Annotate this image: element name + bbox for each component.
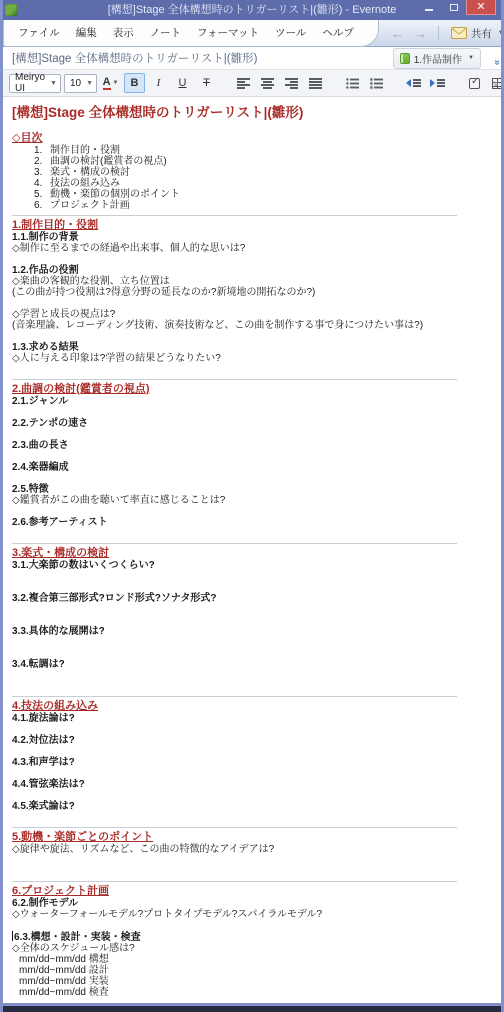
font-color-button[interactable]: A ▼ xyxy=(100,73,121,93)
subsection-heading: 6.2.制作モデル xyxy=(12,898,493,909)
chevron-down-icon: ▼ xyxy=(498,30,504,36)
toc-item: 4.技法の組み込み xyxy=(12,178,493,189)
subsection-heading: 4.5.楽式論は? xyxy=(12,801,493,812)
chevron-down-icon: ▼ xyxy=(45,80,57,87)
menu-item-note[interactable]: ノート xyxy=(142,21,189,46)
schedule-line: mm/dd~mm/dd 設計 xyxy=(12,965,493,976)
font-size-value: 10 xyxy=(70,78,81,89)
subsection-heading: 1.3.求める結果 xyxy=(12,342,493,353)
schedule-line: mm/dd~mm/dd 構想 xyxy=(12,954,493,965)
blank-line xyxy=(12,746,493,757)
outdent-button[interactable] xyxy=(403,73,424,93)
align-center-button[interactable] xyxy=(257,73,278,93)
blank-line xyxy=(12,254,493,265)
minimize-button[interactable] xyxy=(416,0,441,15)
blank-line xyxy=(12,298,493,309)
section-heading: 5.動機・楽節ごとのポイント xyxy=(12,831,493,844)
blank-line xyxy=(12,812,493,823)
blank-line xyxy=(12,681,493,692)
blank-line xyxy=(12,855,493,866)
subsection-heading: 4.2.対位法は? xyxy=(12,735,493,746)
toc-item: 3.楽式・構成の検討 xyxy=(12,167,493,178)
blank-line xyxy=(12,473,493,484)
body-text: (音楽理論、レコーディング技術、演奏技術など、この曲を制作する事で身につけたい事… xyxy=(12,320,493,331)
chevron-down-icon: ▼ xyxy=(468,55,474,61)
note-body-title: [構想]Stage 全体構想時のトリガーリスト|(雛形) xyxy=(12,104,493,121)
blank-line xyxy=(12,637,493,648)
toc-item: 1.制作目的・役割 xyxy=(12,145,493,156)
font-size-select[interactable]: 10 ▼ xyxy=(64,74,97,93)
menu-item-tools[interactable]: ツール xyxy=(267,21,314,46)
divider xyxy=(12,543,457,544)
underline-button[interactable]: U xyxy=(172,73,193,93)
envelope-icon xyxy=(451,27,467,39)
notebook-selector[interactable]: 1.作品制作 ▼ xyxy=(393,48,481,69)
font-family-value: Meiryo UI xyxy=(15,72,45,94)
font-color-icon: A xyxy=(103,77,111,90)
toc-item-number: 3. xyxy=(34,167,50,178)
body-text: ◇ウォーターフォールモデル?プロトタイプモデル?スパイラルモデル? xyxy=(12,909,493,920)
divider xyxy=(12,696,457,697)
bullet-list-icon xyxy=(346,78,359,89)
section-heading: ◇目次 xyxy=(12,132,493,145)
body-text: ◇学習と成長の視点は? xyxy=(12,309,493,320)
blank-line xyxy=(12,790,493,801)
toolbar-overflow-icon[interactable]: » xyxy=(491,81,502,85)
blank-line xyxy=(12,615,493,626)
toc-item: 5.動機・楽節の個別のポイント xyxy=(12,189,493,200)
share-label: 共有 xyxy=(471,26,492,41)
numbered-list-icon xyxy=(370,78,383,89)
schedule-line: mm/dd~mm/dd 実装 xyxy=(12,976,493,987)
align-left-icon xyxy=(237,78,250,89)
notebook-icon xyxy=(400,53,410,64)
blank-line xyxy=(12,331,493,342)
note-title-field[interactable]: [構想]Stage 全体構想時のトリガーリスト|(雛形) xyxy=(12,50,257,66)
text-caret xyxy=(12,931,13,941)
subsection-heading: 1.1.制作の背景 xyxy=(12,232,493,243)
divider xyxy=(12,881,457,882)
subsection-heading: 4.3.和声学は? xyxy=(12,757,493,768)
subsection-heading: 2.1.ジャンル xyxy=(12,396,493,407)
align-justify-button[interactable] xyxy=(305,73,326,93)
toc-item: 6.プロジェクト計画 xyxy=(12,200,493,211)
share-button[interactable]: 共有 ▼ xyxy=(446,24,504,43)
blank-line xyxy=(12,528,493,539)
body-text: ◇人に与える印象は?学習の結果どうなりたい? xyxy=(12,353,493,364)
font-family-select[interactable]: Meiryo UI ▼ xyxy=(9,74,61,93)
italic-button[interactable]: I xyxy=(148,73,169,93)
body-text: ◇全体のスケジュール感は? xyxy=(12,943,493,954)
body-text: ◇制作に至るまでの経過や出来事、個人的な思いは? xyxy=(12,243,493,254)
strikethrough-button[interactable]: T xyxy=(196,73,217,93)
align-right-icon xyxy=(285,78,298,89)
blank-line xyxy=(12,407,493,418)
blank-line xyxy=(12,571,493,582)
toc-item-number: 2. xyxy=(34,156,50,167)
toc-item-number: 5. xyxy=(34,189,50,200)
subsection-heading: 4.4.管弦楽法は? xyxy=(12,779,493,790)
checkbox-button[interactable] xyxy=(464,73,485,93)
section-heading: 1.制作目的・役割 xyxy=(12,219,493,232)
note-header: [構想]Stage 全体構想時のトリガーリスト|(雛形) 1.作品制作 ▼ » xyxy=(3,47,501,70)
body-text: ◇楽曲の客観的な役割、立ち位置は xyxy=(12,276,493,287)
outdent-icon xyxy=(406,79,421,88)
close-button[interactable]: ✕ xyxy=(466,0,496,15)
blank-line xyxy=(12,604,493,615)
section-heading: 2.曲調の検討(鑑賞者の視点) xyxy=(12,383,493,396)
align-center-icon xyxy=(261,78,274,89)
back-button[interactable]: ← xyxy=(387,26,408,41)
formatting-toolbar: Meiryo UI ▼ 10 ▼ A ▼ B I U T xyxy=(3,70,501,97)
toc-item-number: 6. xyxy=(34,200,50,211)
blank-line xyxy=(12,866,493,877)
blank-line xyxy=(12,582,493,593)
maximize-button[interactable] xyxy=(441,0,466,15)
align-right-button[interactable] xyxy=(281,73,302,93)
subsection-heading: 3.4.転調は? xyxy=(12,659,493,670)
divider xyxy=(12,827,457,828)
blank-line xyxy=(12,724,493,735)
checkbox-icon xyxy=(469,78,480,89)
section-heading: 6.プロジェクト計画 xyxy=(12,885,493,898)
blank-line xyxy=(12,121,493,132)
blank-line xyxy=(12,648,493,659)
menu-bar: ファイル 編集 表示 ノート フォーマット ツール ヘルプ xyxy=(3,20,379,47)
menu-row: ファイル 編集 表示 ノート フォーマット ツール ヘルプ ← → 共有 ▼ xyxy=(3,20,501,47)
subsection-heading: 2.2.テンポの速さ xyxy=(12,418,493,429)
body-text: ◇旋律や旋法、リズムなど、この曲の特徴的なアイデアは? xyxy=(12,844,493,855)
blank-line xyxy=(12,451,493,462)
subsection-heading: 3.2.複合第三部形式?ロンド形式?ソナタ形式? xyxy=(12,593,493,604)
align-left-button[interactable] xyxy=(233,73,254,93)
subsection-heading: 6.3.構想・設計・実装・検査 xyxy=(12,931,493,943)
subsection-heading: 4.1.旋法論は? xyxy=(12,713,493,724)
body-text: (この曲が持つ役割は?得意分野の延長なのか?新境地の開拓なのか?) xyxy=(12,287,493,298)
chevron-down-icon: ▼ xyxy=(81,80,93,87)
toc-item-number: 4. xyxy=(34,178,50,189)
subsection-heading: 1.2.作品の役割 xyxy=(12,265,493,276)
toc-item-number: 1. xyxy=(34,145,50,156)
toc-item: 2.曲調の検討(鑑賞者の視点) xyxy=(12,156,493,167)
blank-line xyxy=(12,768,493,779)
section-heading: 3.楽式・構成の検討 xyxy=(12,547,493,560)
subsection-heading: 2.4.楽器編成 xyxy=(12,462,493,473)
subsection-heading: 2.3.曲の長さ xyxy=(12,440,493,451)
numbered-list-button[interactable] xyxy=(366,73,387,93)
indent-icon xyxy=(430,79,445,88)
blank-line xyxy=(12,670,493,681)
menu-item-format[interactable]: フォーマット xyxy=(189,21,267,46)
separator xyxy=(438,26,439,41)
subsection-heading: 2.5.特徴 xyxy=(12,484,493,495)
indent-button[interactable] xyxy=(427,73,448,93)
divider xyxy=(12,215,457,216)
section-heading: 4.技法の組み込み xyxy=(12,700,493,713)
schedule-line: mm/dd~mm/dd 検査 xyxy=(12,987,493,998)
notebook-name: 1.作品制作 xyxy=(414,51,462,66)
window-bottom-edge xyxy=(0,1003,504,1012)
subsection-heading: 2.6.参考アーティスト xyxy=(12,517,493,528)
subsection-heading: 3.3.具体的な展開は? xyxy=(12,626,493,637)
titlebar: [構想]Stage 全体構想時のトリガーリスト|(雛形) - Evernote … xyxy=(0,0,504,20)
menu-item-help[interactable]: ヘルプ xyxy=(314,21,362,46)
panel-collapse-icon[interactable]: » xyxy=(492,60,503,64)
divider xyxy=(12,379,457,380)
blank-line xyxy=(12,429,493,440)
window-controls: ✕ xyxy=(416,0,504,20)
menu-item-file[interactable]: ファイル xyxy=(10,21,68,46)
subsection-heading: 3.1.大楽節の数はいくつくらい? xyxy=(12,560,493,571)
quick-actions: ← → 共有 ▼ 印刷 xyxy=(379,20,504,46)
chevron-down-icon: ▼ xyxy=(113,80,119,86)
align-justify-icon xyxy=(309,78,322,89)
evernote-window: [構想]Stage 全体構想時のトリガーリスト|(雛形) - Evernote … xyxy=(0,0,504,1012)
blank-line xyxy=(12,506,493,517)
blank-line xyxy=(12,920,493,931)
menu-item-edit[interactable]: 編集 xyxy=(68,21,105,46)
body-text: ◇鑑賞者がこの曲を聴いて率直に感じることは? xyxy=(12,495,493,506)
forward-button[interactable]: → xyxy=(410,26,431,41)
blank-line xyxy=(12,364,493,375)
menu-item-view[interactable]: 表示 xyxy=(105,21,142,46)
note-body[interactable]: [構想]Stage 全体構想時のトリガーリスト|(雛形)◇目次1.制作目的・役割… xyxy=(3,97,501,1003)
bold-button[interactable]: B xyxy=(124,73,145,93)
bullet-list-button[interactable] xyxy=(342,73,363,93)
